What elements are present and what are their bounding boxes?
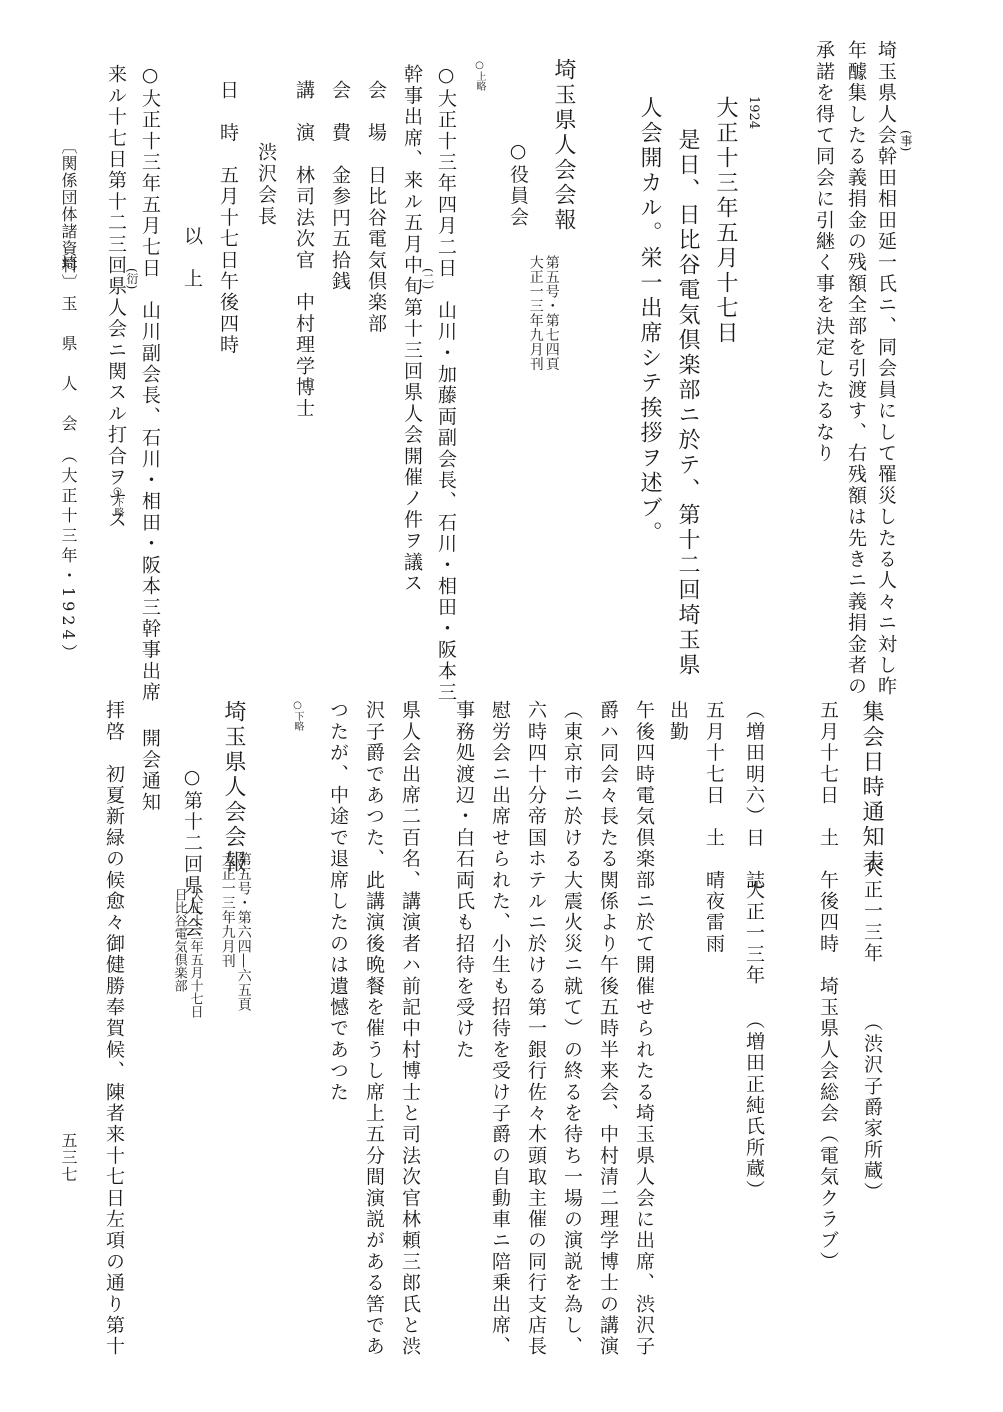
section-note-venue: 日比谷電気倶楽部 bbox=[172, 888, 186, 992]
source-publication-date: 大正一三年九月刊 bbox=[528, 255, 543, 371]
omit-mark-diary: ○下略 bbox=[292, 700, 302, 731]
closing-ijo: 以 上 bbox=[182, 226, 201, 290]
source2-publication-date: 大正一三年九月刊 bbox=[220, 852, 235, 968]
meeting2-line-2: 来ル十七日第十二三回県人会ニ関スル打合ヲナス bbox=[106, 64, 125, 530]
letter-opening-line: 拝啓 初夏新緑の候愈々御健勝奉賀候、陳者来十七日左項の通り第十 bbox=[104, 700, 123, 1357]
source-title: 埼玉県人会会報 bbox=[552, 58, 574, 233]
source2-title: 埼玉県人会会報 bbox=[222, 700, 244, 875]
notice-era: 大正一三年 bbox=[862, 858, 881, 964]
diary-collection: （増田正純氏所蔵） bbox=[744, 1010, 763, 1201]
page-number: 五三七 bbox=[60, 1132, 76, 1183]
diary-line-10: つたが、中途で退席したのは遺憾であつた bbox=[328, 700, 347, 1103]
omit-mark-above: ○上略 bbox=[474, 60, 484, 91]
omit-mark-below: ○下略 bbox=[112, 486, 122, 517]
section-heading-yakuinkai: ○役員会 bbox=[508, 140, 527, 228]
pub-line-2: 大正一三年九月刊 bbox=[528, 255, 543, 371]
intro-line-3: 承諾を得て同会に引継く事を決定したるなり bbox=[814, 40, 833, 464]
diary-era: 大正一三年 bbox=[744, 880, 763, 986]
diary-line-2: 午後四時電気倶楽部ニ於て開催せられたる埼玉県人会に出席、渋沢子 bbox=[634, 700, 653, 1357]
detail-lecture-chair: 渋沢会長 bbox=[256, 142, 275, 227]
diary-date-line: 五月十七日 土 晴夜雷雨 bbox=[704, 700, 723, 954]
notice-title: 集会日時通知表 bbox=[860, 700, 882, 875]
source-publication-info: 第五号・第七四頁 bbox=[544, 255, 559, 371]
entry-body-line-2: 人会開カル。栄一出席シテ挨拶ヲ述ブ。 bbox=[638, 96, 660, 546]
pub-line-1: 第五号・第七四頁 bbox=[544, 255, 559, 371]
notice-collection: （渋沢子爵家所蔵） bbox=[862, 1012, 881, 1203]
pub2-line-1: 第五号・第六四―六五頁 bbox=[236, 852, 251, 1012]
pub2-line-2: 大正一三年九月刊 bbox=[220, 852, 235, 968]
minutes-line-2: 幹事出席、来ル五月中旬第十三回県人会開催ノ件ヲ議ス bbox=[402, 64, 421, 594]
notice-entry-line: 五月十七日 土 午後四時 埼玉県人会総会（電気クラブ） bbox=[818, 700, 837, 1272]
intro-line-2: 年醵集したる義捐金の残額全部を引渡す、右残額は先きニ義捐金者の bbox=[846, 40, 865, 697]
entry-body-line-1: 是日、日比谷電気倶楽部ニ於テ、第十二回埼玉県 bbox=[676, 128, 698, 678]
detail-datetime: 日 時 五月十七日午後四時 bbox=[218, 80, 237, 356]
source2-publication-info: 第五号・第六四―六五頁 bbox=[236, 852, 251, 1012]
entry-date: 大正十三年五月十七日 bbox=[714, 96, 736, 346]
minutes-line-1: ○大正十三年四月二日 山川・加藤両副会長、石川・相田・阪本三 bbox=[436, 64, 455, 703]
diary-line-9: 沢子爵であつた、此講演後晩餐を催うし席上五分間演説がある筈であ bbox=[364, 700, 383, 1357]
detail-venue: 会 場 日比谷電気倶楽部 bbox=[366, 80, 385, 334]
diary-line-3: 爵ハ同会々長たる関係より午後五時半来会、中村清二理学博士の講演 bbox=[598, 700, 617, 1357]
diary-line-8: 県人会出席二百名、講演者ハ前記中村博士と司法次官林頼三郎氏と渋 bbox=[400, 700, 419, 1357]
year-label: 1924 bbox=[746, 96, 761, 129]
ruby-note-shi: (事) bbox=[898, 130, 915, 151]
diary-line-1: 出勤 bbox=[668, 700, 687, 742]
diary-line-4: （東京市ニ於ける大震火災ニ就て）の終るを待ち一場の演説を為し、 bbox=[562, 700, 581, 1357]
organization-name: 埼 玉 県 人 会 （大正十三年・1924） bbox=[60, 255, 76, 664]
meeting2-line-1: ○大正十三年五月七日 山川副会長、石川・相田・阪本三幹事出席 bbox=[140, 64, 159, 703]
section-note-date: 大正十三年五月十七日 bbox=[188, 888, 202, 1018]
diary-title: （増田明六）日 誌 bbox=[744, 700, 763, 891]
diary-line-6: 慰労会ニ出席せられた、小生も招待を受け子爵の自動車ニ陪乗出席、 bbox=[490, 700, 509, 1357]
detail-lecture: 講 演 林司法次官 中村理学博士 bbox=[294, 80, 313, 419]
diary-line-5: 六時四十分帝国ホテルニ於ける第一銀行佐々木頭取主催の同行支店長 bbox=[526, 700, 545, 1357]
detail-fee: 会 費 金参円五拾銭 bbox=[330, 80, 349, 292]
diary-line-7: 事務処渡辺・白石両氏も招待を受けた bbox=[454, 700, 473, 1060]
intro-line-1: 埼玉県人会幹田相田延一氏ニ、同会員にして罹災したる人々ニ対し昨 bbox=[876, 40, 895, 697]
notice-heading: 開会通知 bbox=[140, 728, 159, 813]
